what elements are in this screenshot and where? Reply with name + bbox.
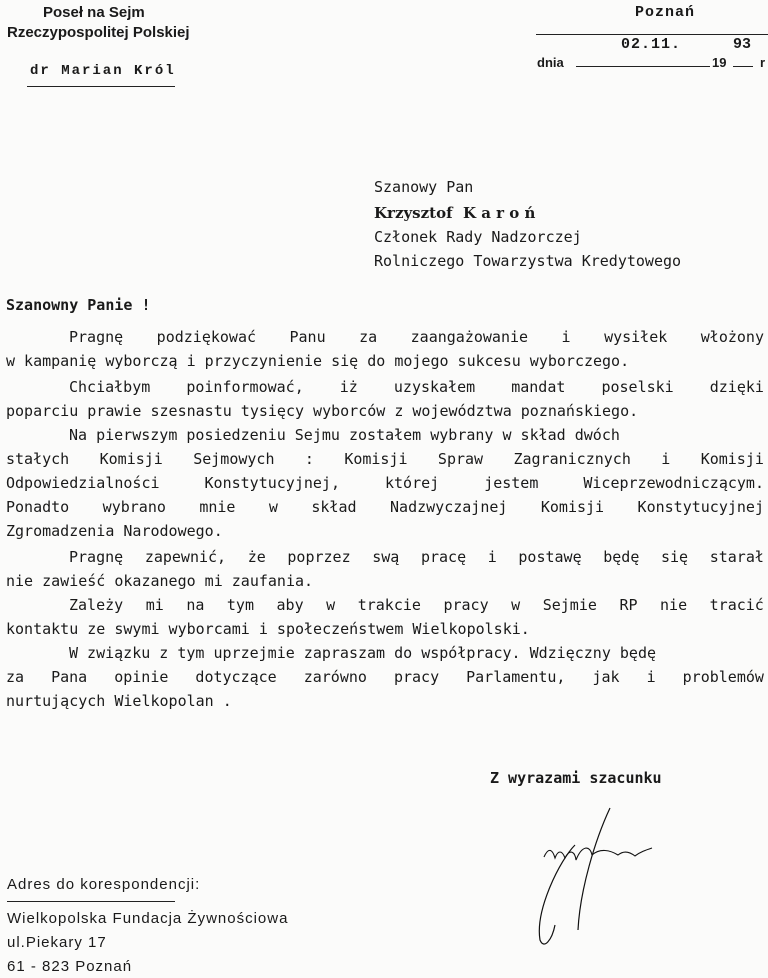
body-line: ZależyminatymabywtrakciepracywSejmieRPni… — [69, 596, 764, 614]
body-line: w kampanię wyborczą i przyczynienie się … — [6, 352, 764, 370]
body-line: Pragnęzapewnić,żepoprzezswąpracęipostawę… — [69, 548, 764, 566]
body-line: Zgromadzenia Narodowego. — [6, 522, 764, 540]
signature-icon — [500, 800, 690, 950]
body-line: OdpowiedzialnościKonstytucyjnej,którejje… — [6, 474, 764, 492]
recipient-salutation: Szanowy Pan — [374, 178, 473, 196]
year-suffix: r — [760, 55, 765, 70]
year-typed: 93 — [733, 36, 751, 53]
date-typed: 02.11. — [621, 36, 681, 53]
body-line: PragnępodziękowaćPanuzazaangażowanieiwys… — [69, 328, 764, 346]
city-underline — [536, 34, 768, 35]
address-line3: 61 - 823 Poznań — [7, 958, 132, 975]
body-line: kontaktu ze swymi wyborcami i społeczeńs… — [6, 620, 764, 638]
address-line1: Wielkopolska Fundacja Żywnościowa — [7, 910, 288, 927]
date-line — [576, 66, 710, 67]
letterhead-title-line2: Rzeczypospolitej Polskiej — [7, 24, 190, 41]
body-line: poparciu prawie szesnastu tysięcy wyborc… — [6, 402, 764, 420]
sender-name: dr Marian Król — [30, 63, 176, 79]
closing: Z wyrazami szacunku — [490, 769, 662, 787]
body-line: nie zawieść okazanego mi zaufania. — [6, 572, 764, 590]
recipient-name: Krzysztof K a r o ń — [374, 204, 535, 222]
recipient-position: Członek Rady Nadzorczej — [374, 228, 582, 246]
body-line: Chciałbympoinformować,iżuzyskałemmandatp… — [69, 378, 764, 396]
city: Poznań — [635, 4, 695, 21]
recipient-organization: Rolniczego Towarzystwa Kredytowego — [374, 252, 681, 270]
body-line: W związku z tym uprzejmie zapraszam do w… — [69, 644, 764, 662]
address-label: Adres do korespondencji: — [7, 876, 200, 893]
body-line: Na pierwszym posiedzeniu Sejmu zostałem … — [69, 426, 764, 444]
body-line: stałychKomisjiSejmowych:KomisjiSprawZagr… — [6, 450, 764, 468]
body-line: nurtujących Wielkopolan . — [6, 692, 764, 710]
century-label: 19 — [712, 55, 726, 70]
date-label: dnia — [537, 55, 564, 70]
sender-underline — [27, 86, 175, 87]
address-line2: ul.Piekary 17 — [7, 934, 107, 951]
address-underline — [7, 901, 175, 902]
year-line — [733, 66, 753, 67]
body-line: PonadtowybranomniewskładNadzwyczajnejKom… — [6, 498, 764, 516]
greeting: Szanowny Panie ! — [6, 296, 151, 314]
letterhead-title-line1: Poseł na Sejm — [43, 4, 145, 21]
body-line: zaPanaopiniedotyczącezarównopracyParlame… — [6, 668, 764, 686]
